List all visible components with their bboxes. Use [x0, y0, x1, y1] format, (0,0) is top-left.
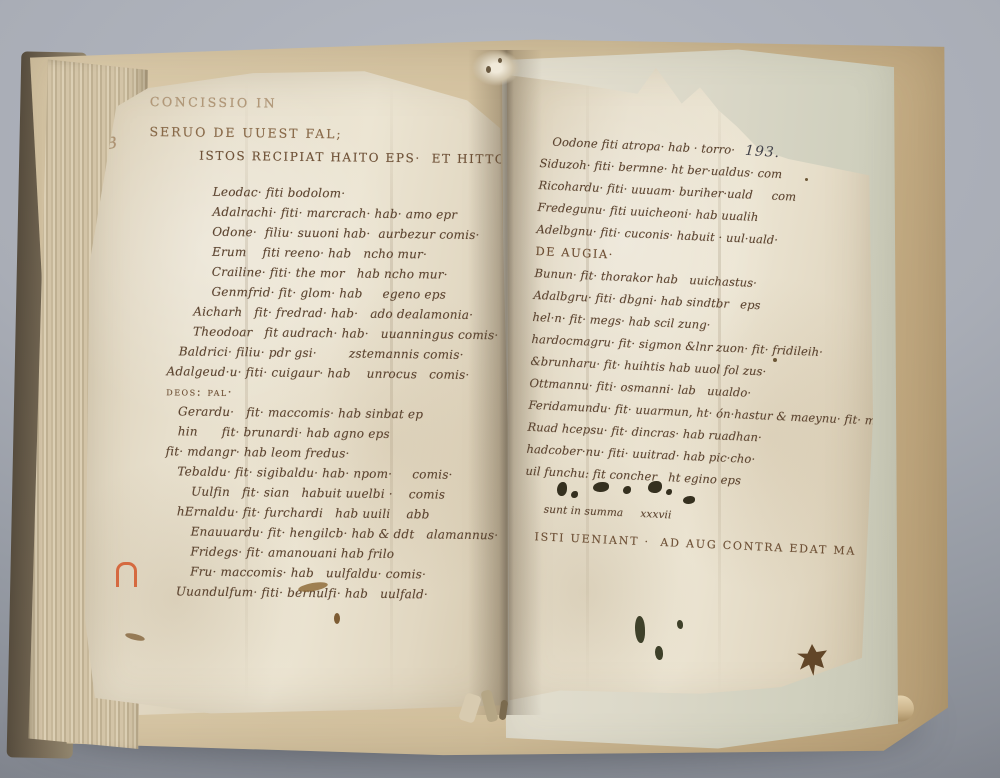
ink-blot: [677, 620, 683, 629]
speck: [498, 58, 502, 63]
section-heading: ISTOS RECIPIAT HAITO EPS· ET HITTO COMIS…: [199, 146, 499, 170]
ink-blot: [648, 481, 662, 493]
manuscript-line: Uuandulfum· fiti· bernulfi· hab uulfald·: [176, 581, 494, 605]
brown-stain: [334, 613, 340, 624]
section-heading: CONCISSIO IN: [150, 92, 500, 116]
leaf-stain: [797, 644, 827, 676]
section-heading: SERUO DE UUEST FAL;: [149, 122, 499, 146]
ink-blot: [655, 646, 663, 660]
ink-blot: [571, 491, 578, 498]
left-page-text: B CONCISSIO IN SERUO DE UUEST FAL; ISTOS…: [144, 92, 500, 605]
book-gutter: [468, 50, 542, 715]
ink-blot: [683, 496, 695, 504]
speck: [773, 358, 777, 362]
brown-stain: [125, 632, 146, 643]
red-ink-mark: [116, 562, 137, 587]
manuscript-photo: B CONCISSIO IN SERUO DE UUEST FAL; ISTOS…: [0, 0, 1000, 778]
left-page: B CONCISSIO IN SERUO DE UUEST FAL; ISTOS…: [82, 68, 510, 716]
folio-number: 193.: [744, 143, 780, 161]
ink-blot: [666, 489, 672, 495]
ink-blot: [635, 616, 645, 643]
speck: [805, 178, 808, 181]
right-page-text: Oodone fiti atropa· hab · torro· Siduzoh…: [520, 130, 889, 563]
spine-headband: [472, 50, 520, 86]
speck: [486, 66, 491, 73]
